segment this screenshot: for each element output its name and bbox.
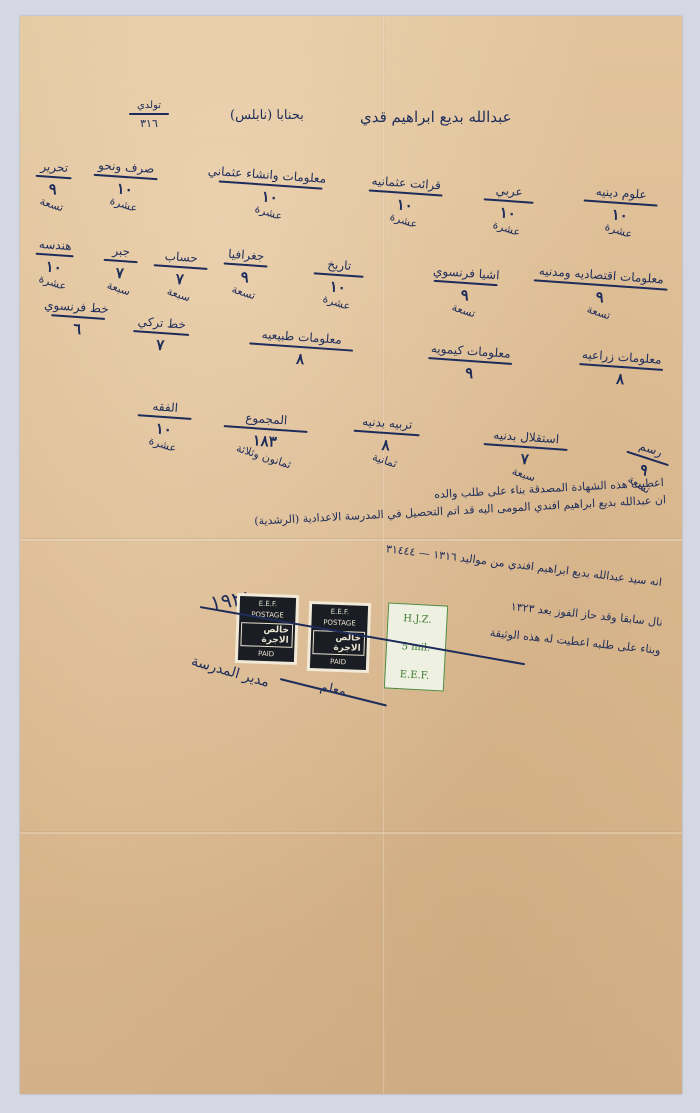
subject-grade-block: عربي١٠عشرة bbox=[478, 182, 537, 237]
subject-grade-block: تربيه بدنيه٨ثمانية bbox=[348, 414, 423, 470]
subject-grade-block: معلومات طبيعيه٨ bbox=[245, 326, 357, 372]
subject-label: تحرير bbox=[33, 159, 76, 176]
subject-grade: ٧ bbox=[129, 334, 192, 356]
subject-grade-block: معلومات وانشاء عثماني١٠عشرة bbox=[213, 164, 326, 223]
body-line-5: وبناء على طلبه اعطيت له هذه الوثيقة bbox=[489, 626, 661, 657]
subject-grade-block: استقلال بدنيه٧سبعة bbox=[478, 427, 571, 484]
student-name: عبدالله بديع ابراهيم قدي bbox=[360, 108, 512, 126]
overprint-revenue-stamp: H.J.Z. 5 mil. E.E.F. bbox=[384, 602, 448, 691]
birth-year: ٣١٦ bbox=[124, 117, 174, 130]
birth-label: تولدي bbox=[124, 100, 174, 111]
overprint-line-1: H.J.Z. bbox=[403, 613, 432, 625]
document-paper: عبدالله بديع ابراهيم قدي بحنابا (نابلس) … bbox=[20, 16, 682, 1094]
postage-stamp-2: E.E.F. POSTAGE خالص الاجرة PAID bbox=[307, 601, 371, 673]
fold-line-lower bbox=[20, 831, 682, 835]
subject-grade-block: جبر٧سبعة bbox=[98, 243, 141, 297]
student-place: بحنابا (نابلس) bbox=[230, 108, 304, 123]
subject-grade-block: معلومات زراعيه٨ bbox=[575, 347, 667, 391]
subject-label: هندسه bbox=[33, 237, 78, 254]
subject-label: جبر bbox=[101, 243, 142, 260]
stamp-value: PAID bbox=[258, 650, 274, 659]
subject-grade-block: تاريخ١٠عشرة bbox=[308, 256, 367, 311]
subject-grade-block: هندسه١٠عشرة bbox=[30, 237, 77, 291]
subject-label: تاريخ bbox=[311, 256, 368, 274]
body-line-3: انه سيد عبدالله بديع ابراهيم افندي من مو… bbox=[385, 542, 662, 589]
fold-line-upper bbox=[20, 538, 682, 542]
subject-grade: ٨ bbox=[575, 367, 666, 391]
subject-grade-block: صرف ونحو١٠عشرة bbox=[88, 158, 161, 214]
subject-label: جغرافيا bbox=[221, 246, 272, 263]
subject-label: حساب bbox=[151, 248, 212, 266]
subject-grade-block: حساب٧سبعة bbox=[148, 248, 211, 303]
stamp-arabic: خالص الاجرة bbox=[240, 622, 293, 648]
stamp-top: E.E.F. bbox=[259, 600, 278, 609]
postage-stamp-1: E.E.F. POSTAGE خالص الاجرة PAID bbox=[235, 593, 299, 665]
subject-grade-block: خط تركي٧ bbox=[129, 314, 193, 356]
stamp-top: E.E.F. bbox=[331, 608, 350, 617]
subject-grade-block: خط فرنسوي٦ bbox=[47, 298, 110, 340]
subject-label: الفقه bbox=[135, 398, 196, 416]
subject-label: خط تركي bbox=[130, 314, 193, 332]
signature-2: معلم bbox=[319, 679, 348, 699]
stamp-title: POSTAGE bbox=[323, 619, 356, 628]
divider bbox=[129, 113, 169, 115]
subject-grade-block: علوم دينيه١٠عشرة bbox=[578, 183, 661, 239]
overprint-line-3: E.E.F. bbox=[400, 669, 430, 682]
subject-grade-block: اشيا فرنسوي٩تسعة bbox=[428, 264, 501, 320]
subject-grade: ٦ bbox=[47, 318, 108, 340]
subject-grade-block: معلومات اقتصاديه ومدنيه٩تسعة bbox=[528, 263, 671, 324]
birth-year-block: تولدي ٣١٦ bbox=[124, 100, 174, 130]
subject-grade-block: قرائت عثمانيه١٠عشرة bbox=[363, 173, 446, 229]
subject-grade-block: جغرافيا٩تسعة bbox=[218, 246, 271, 300]
body-line-4: نال سابقا وقد حاز الفوز بعد ١٣٢٣ bbox=[510, 600, 663, 629]
subject-label: خط فرنسوي bbox=[48, 298, 109, 316]
subject-grade-block: معلومات كيمويه٩ bbox=[424, 341, 516, 385]
subject-grade-block: المجموع١٨٣ثمانون وثلاثة bbox=[218, 409, 311, 466]
stamp-value: PAID bbox=[330, 658, 346, 667]
subject-grade: ٩ bbox=[424, 361, 515, 385]
subject-grade-block: تحرير٩تسعة bbox=[30, 159, 75, 213]
subject-grade-block: الفقه١٠عشرة bbox=[132, 398, 195, 453]
subject-label: عربي bbox=[481, 182, 538, 200]
